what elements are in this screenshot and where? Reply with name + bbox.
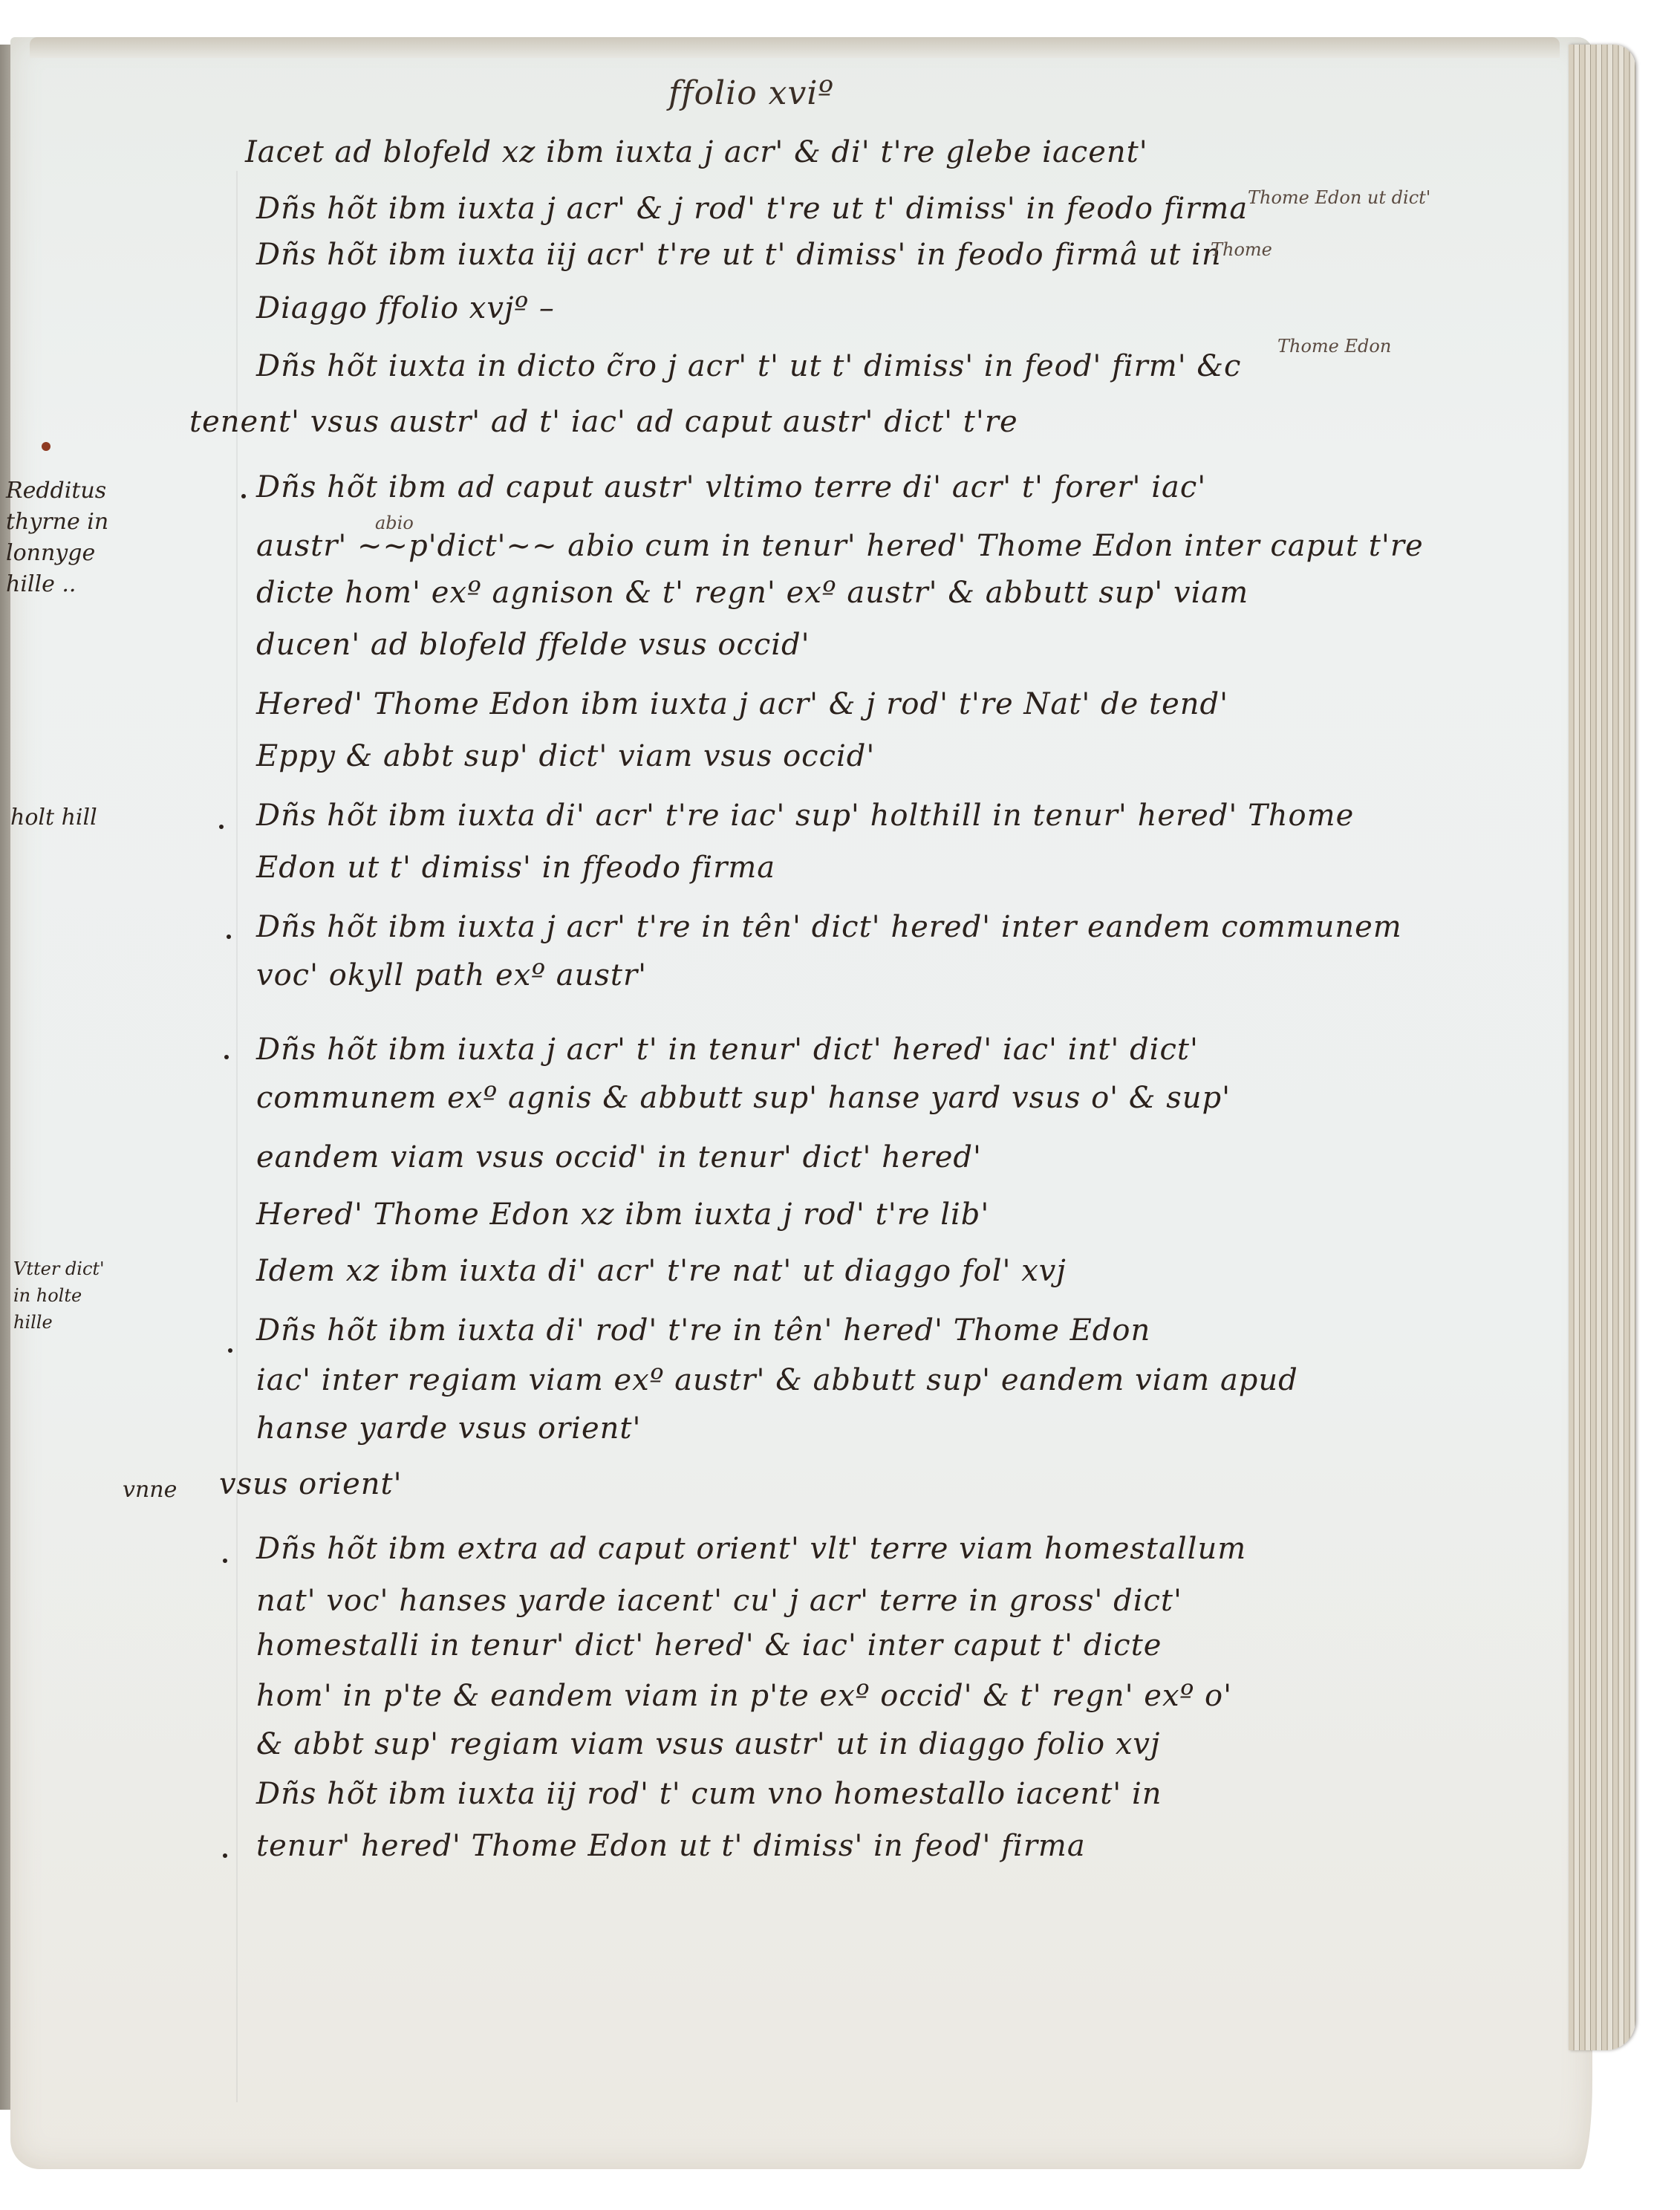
margin-note-line: Redditus xyxy=(6,475,108,507)
margin-note: Redditus thyrne in lonnyge hille .. xyxy=(6,475,108,600)
margin-note: Vtter dict' in holte hille xyxy=(13,1255,105,1336)
margin-note-line: in holte xyxy=(13,1282,105,1309)
ink-spot xyxy=(42,442,51,451)
text-line: vsus orient' xyxy=(219,1467,403,1501)
text-line: Idem xz ibm iuxta di' acr' t're nat' ut … xyxy=(256,1254,1067,1288)
margin-note-line: hille .. xyxy=(6,569,108,600)
text-line: Dñs hõt ibm iuxta j acr' t' in tenur' d… xyxy=(256,1033,1199,1067)
paragraph-dot xyxy=(227,935,231,939)
text-line: Diaggo ffolio xvjº – xyxy=(256,291,555,325)
text-line: Hered' Thome Edon ibm iuxta j acr' & j r… xyxy=(256,687,1228,721)
margin-note-line: thyrne in xyxy=(6,507,108,538)
margin-note-line: holt hill xyxy=(10,802,97,833)
interlinear-gloss: abio xyxy=(375,513,414,533)
page-fore-edge xyxy=(1569,45,1635,2050)
margin-ruling-line xyxy=(236,171,238,2102)
text-line: Hered' Thome Edon xz ibm iuxta j rod' t'… xyxy=(256,1197,989,1232)
text-line: Dñs hõt ibm iuxta iij acr' t're ut t' d… xyxy=(256,238,1222,272)
text-line: voc' okyll path exº austr' xyxy=(256,958,647,992)
paragraph-dot xyxy=(241,494,246,498)
text-line: Iacet ad blofeld xz ibm iuxta j acr' & d… xyxy=(245,135,1148,169)
text-line: Dñs hõt ibm iuxta j acr' & j rod' t're … xyxy=(256,192,1248,226)
page-top-edge xyxy=(30,37,1560,58)
paragraph-dot xyxy=(228,1348,232,1353)
interlinear-gloss: Thome Edon xyxy=(1277,336,1391,357)
text-line: Dñs hõt ibm iuxta j acr' t're in tên' d… xyxy=(256,910,1402,944)
text-line: Eppy & abbt sup' dict' viam vsus occid' xyxy=(256,739,875,773)
paragraph-dot xyxy=(223,1559,227,1563)
folio-heading: ffolio xviº xyxy=(668,74,834,112)
text-line: ducen' ad blofeld ffelde vsus occid' xyxy=(256,628,810,662)
text-line: communem exº agnis & abbutt sup' hanse y… xyxy=(256,1081,1231,1115)
margin-note: vnne xyxy=(123,1475,177,1506)
interlinear-gloss: Thome xyxy=(1211,239,1272,260)
text-line: Edon ut t' dimiss' in ffeodo firma xyxy=(256,851,775,885)
text-line: Dñs hõt ibm extra ad caput orient' vlt'… xyxy=(256,1532,1246,1566)
margin-note-line: hille xyxy=(13,1309,105,1336)
text-line: Dñs hõt ibm iuxta di' rod' t're in tên'… xyxy=(256,1313,1150,1348)
text-line: hanse yarde vsus orient' xyxy=(256,1411,641,1446)
margin-note: holt hill xyxy=(10,802,97,833)
interlinear-gloss: Thome Edon ut dict' xyxy=(1248,187,1430,208)
text-line: iac' inter regiam viam exº austr' & abbu… xyxy=(256,1363,1298,1397)
paragraph-dot xyxy=(219,825,224,829)
margin-note-line: vnne xyxy=(123,1475,177,1506)
text-line: tenur' hered' Thome Edon ut t' dimiss' i… xyxy=(256,1829,1086,1863)
text-line: & abbt sup' regiam viam vsus austr' ut i… xyxy=(256,1727,1160,1761)
text-line: Dñs hõt ibm ad caput austr' vltimo terr… xyxy=(256,470,1206,504)
text-line: Dñs hõt ibm iuxta di' acr' t're iac' su… xyxy=(256,799,1354,833)
text-line: austr' ~~p'dict'~~ abio cum in tenur' he… xyxy=(256,529,1424,563)
text-line: eandem viam vsus occid' in tenur' dict' … xyxy=(256,1140,982,1174)
text-line: hom' in p'te & eandem viam in p'te exº o… xyxy=(256,1679,1232,1713)
text-line: tenent' vsus austr' ad t' iac' ad caput … xyxy=(189,405,1018,439)
text-line: Dñs hõt iuxta in dicto c̃ro j acr' t' u… xyxy=(256,349,1241,383)
margin-note-line: lonnyge xyxy=(6,538,108,569)
text-line: Dñs hõt ibm iuxta iij rod' t' cum vno h… xyxy=(256,1777,1162,1811)
text-line: dicte hom' exº agnison & t' regn' exº au… xyxy=(256,576,1248,610)
text-line: homestalli in tenur' dict' hered' & iac'… xyxy=(256,1628,1162,1663)
margin-note-line: Vtter dict' xyxy=(13,1255,105,1282)
paragraph-dot xyxy=(223,1853,227,1858)
text-line: nat' voc' hanses yarde iacent' cu' j acr… xyxy=(256,1584,1182,1618)
paragraph-dot xyxy=(224,1055,229,1059)
